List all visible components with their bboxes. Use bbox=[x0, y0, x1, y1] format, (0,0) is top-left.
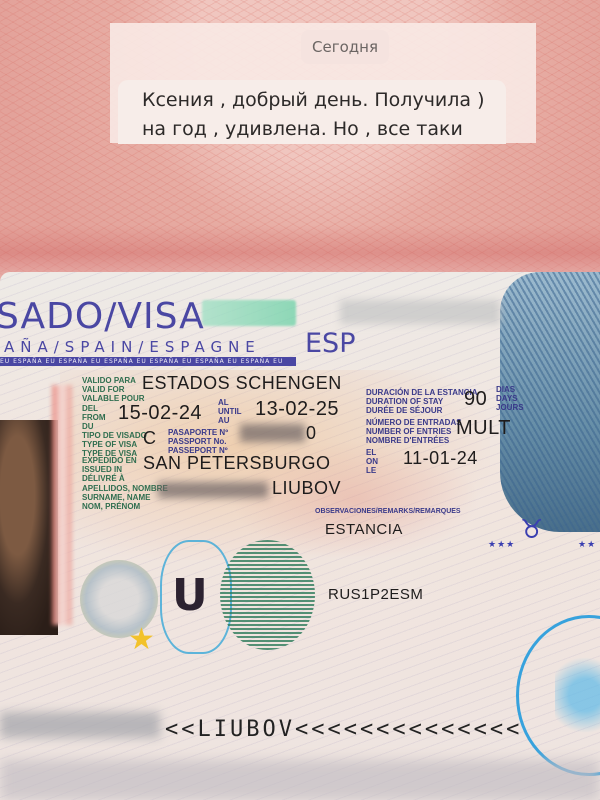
visa-title: SADO/VISA bbox=[0, 296, 205, 337]
stamp-emblem bbox=[555, 650, 600, 740]
mrz-line: <<LIUBOV<<<<<<<<<<<<<< bbox=[165, 717, 522, 742]
message-text: Ксения , добрый день. Получила ) на год … bbox=[142, 86, 522, 144]
value-issued-on: 11-01-24 bbox=[403, 448, 478, 469]
label-type-of-visa: TIPO DE VISADO TYPE OF VISA TYPE DE VISA bbox=[82, 431, 147, 458]
value-passport-suffix: 0 bbox=[306, 423, 317, 444]
label-until: AL UNTIL AU bbox=[218, 398, 242, 425]
value-until: 13-02-25 bbox=[255, 398, 339, 421]
label-issued-in: EXPEDIDO EN ISSUED IN DÉLIVRÉ À bbox=[82, 456, 137, 483]
value-issued-in: SAN PETERSBURGO bbox=[143, 453, 331, 474]
value-type: C bbox=[143, 428, 157, 449]
star-icon: ★ bbox=[128, 622, 155, 657]
value-remarks-2: RUS1P2ESM bbox=[328, 586, 423, 603]
label-valid-for: VALIDO PARA VALID FOR VALABLE POUR bbox=[82, 376, 145, 403]
hologram: ★ U bbox=[80, 540, 300, 660]
bull-emblem-icon: ♉ bbox=[520, 515, 543, 545]
mrz-line-2-redacted bbox=[0, 760, 600, 800]
photo-security-strip bbox=[52, 385, 72, 625]
green-guilloche bbox=[220, 540, 315, 650]
eu-letter-mark: U bbox=[172, 570, 208, 621]
value-entries: MULT bbox=[456, 417, 511, 440]
value-from: 15-02-24 bbox=[118, 402, 202, 425]
label-entries: NÚMERO DE ENTRADAS NUMBER OF ENTRIES NOM… bbox=[366, 418, 462, 445]
country-line: AÑA/SPAIN/ESPAGNE bbox=[4, 338, 261, 356]
label-passport: PASAPORTE Nº PASSPORT No. PASSEPORT Nº bbox=[168, 428, 228, 455]
label-from: DEL FROM DU bbox=[82, 404, 106, 431]
mrz-redacted bbox=[0, 712, 160, 738]
label-on: EL ON LE bbox=[366, 448, 378, 475]
stars-icon: ★★★ bbox=[488, 540, 515, 550]
date-separator: Сегодня bbox=[301, 30, 389, 64]
label-remarks: OBSERVACIONES/REMARKS/REMARQUES bbox=[315, 507, 461, 516]
visa-number-redacted bbox=[340, 300, 500, 324]
stars-icon: ★★ bbox=[578, 540, 596, 550]
passport-number-redacted bbox=[240, 424, 305, 442]
label-duration: DURACIÓN DE LA ESTANCIA DURATION OF STAY… bbox=[366, 388, 478, 415]
country-code: ESP bbox=[305, 328, 355, 359]
value-remarks-1: ESTANCIA bbox=[325, 521, 403, 538]
holder-photo bbox=[0, 420, 58, 635]
value-valid-for: ESTADOS SCHENGEN bbox=[142, 373, 342, 394]
label-surname-name: APELLIDOS, NOMBRE SURNAME, NAME NOM, PRÉ… bbox=[82, 484, 168, 511]
eu-band: EU ESPAÑA EU ESPAÑA EU ESPAÑA EU ESPAÑA … bbox=[0, 357, 296, 366]
value-name: LIUBOV bbox=[272, 478, 341, 499]
label-days: DIAS DAYS JOURS bbox=[496, 385, 524, 412]
value-duration: 90 bbox=[464, 388, 487, 411]
surname-redacted bbox=[158, 482, 268, 498]
green-security-mark bbox=[202, 300, 296, 326]
